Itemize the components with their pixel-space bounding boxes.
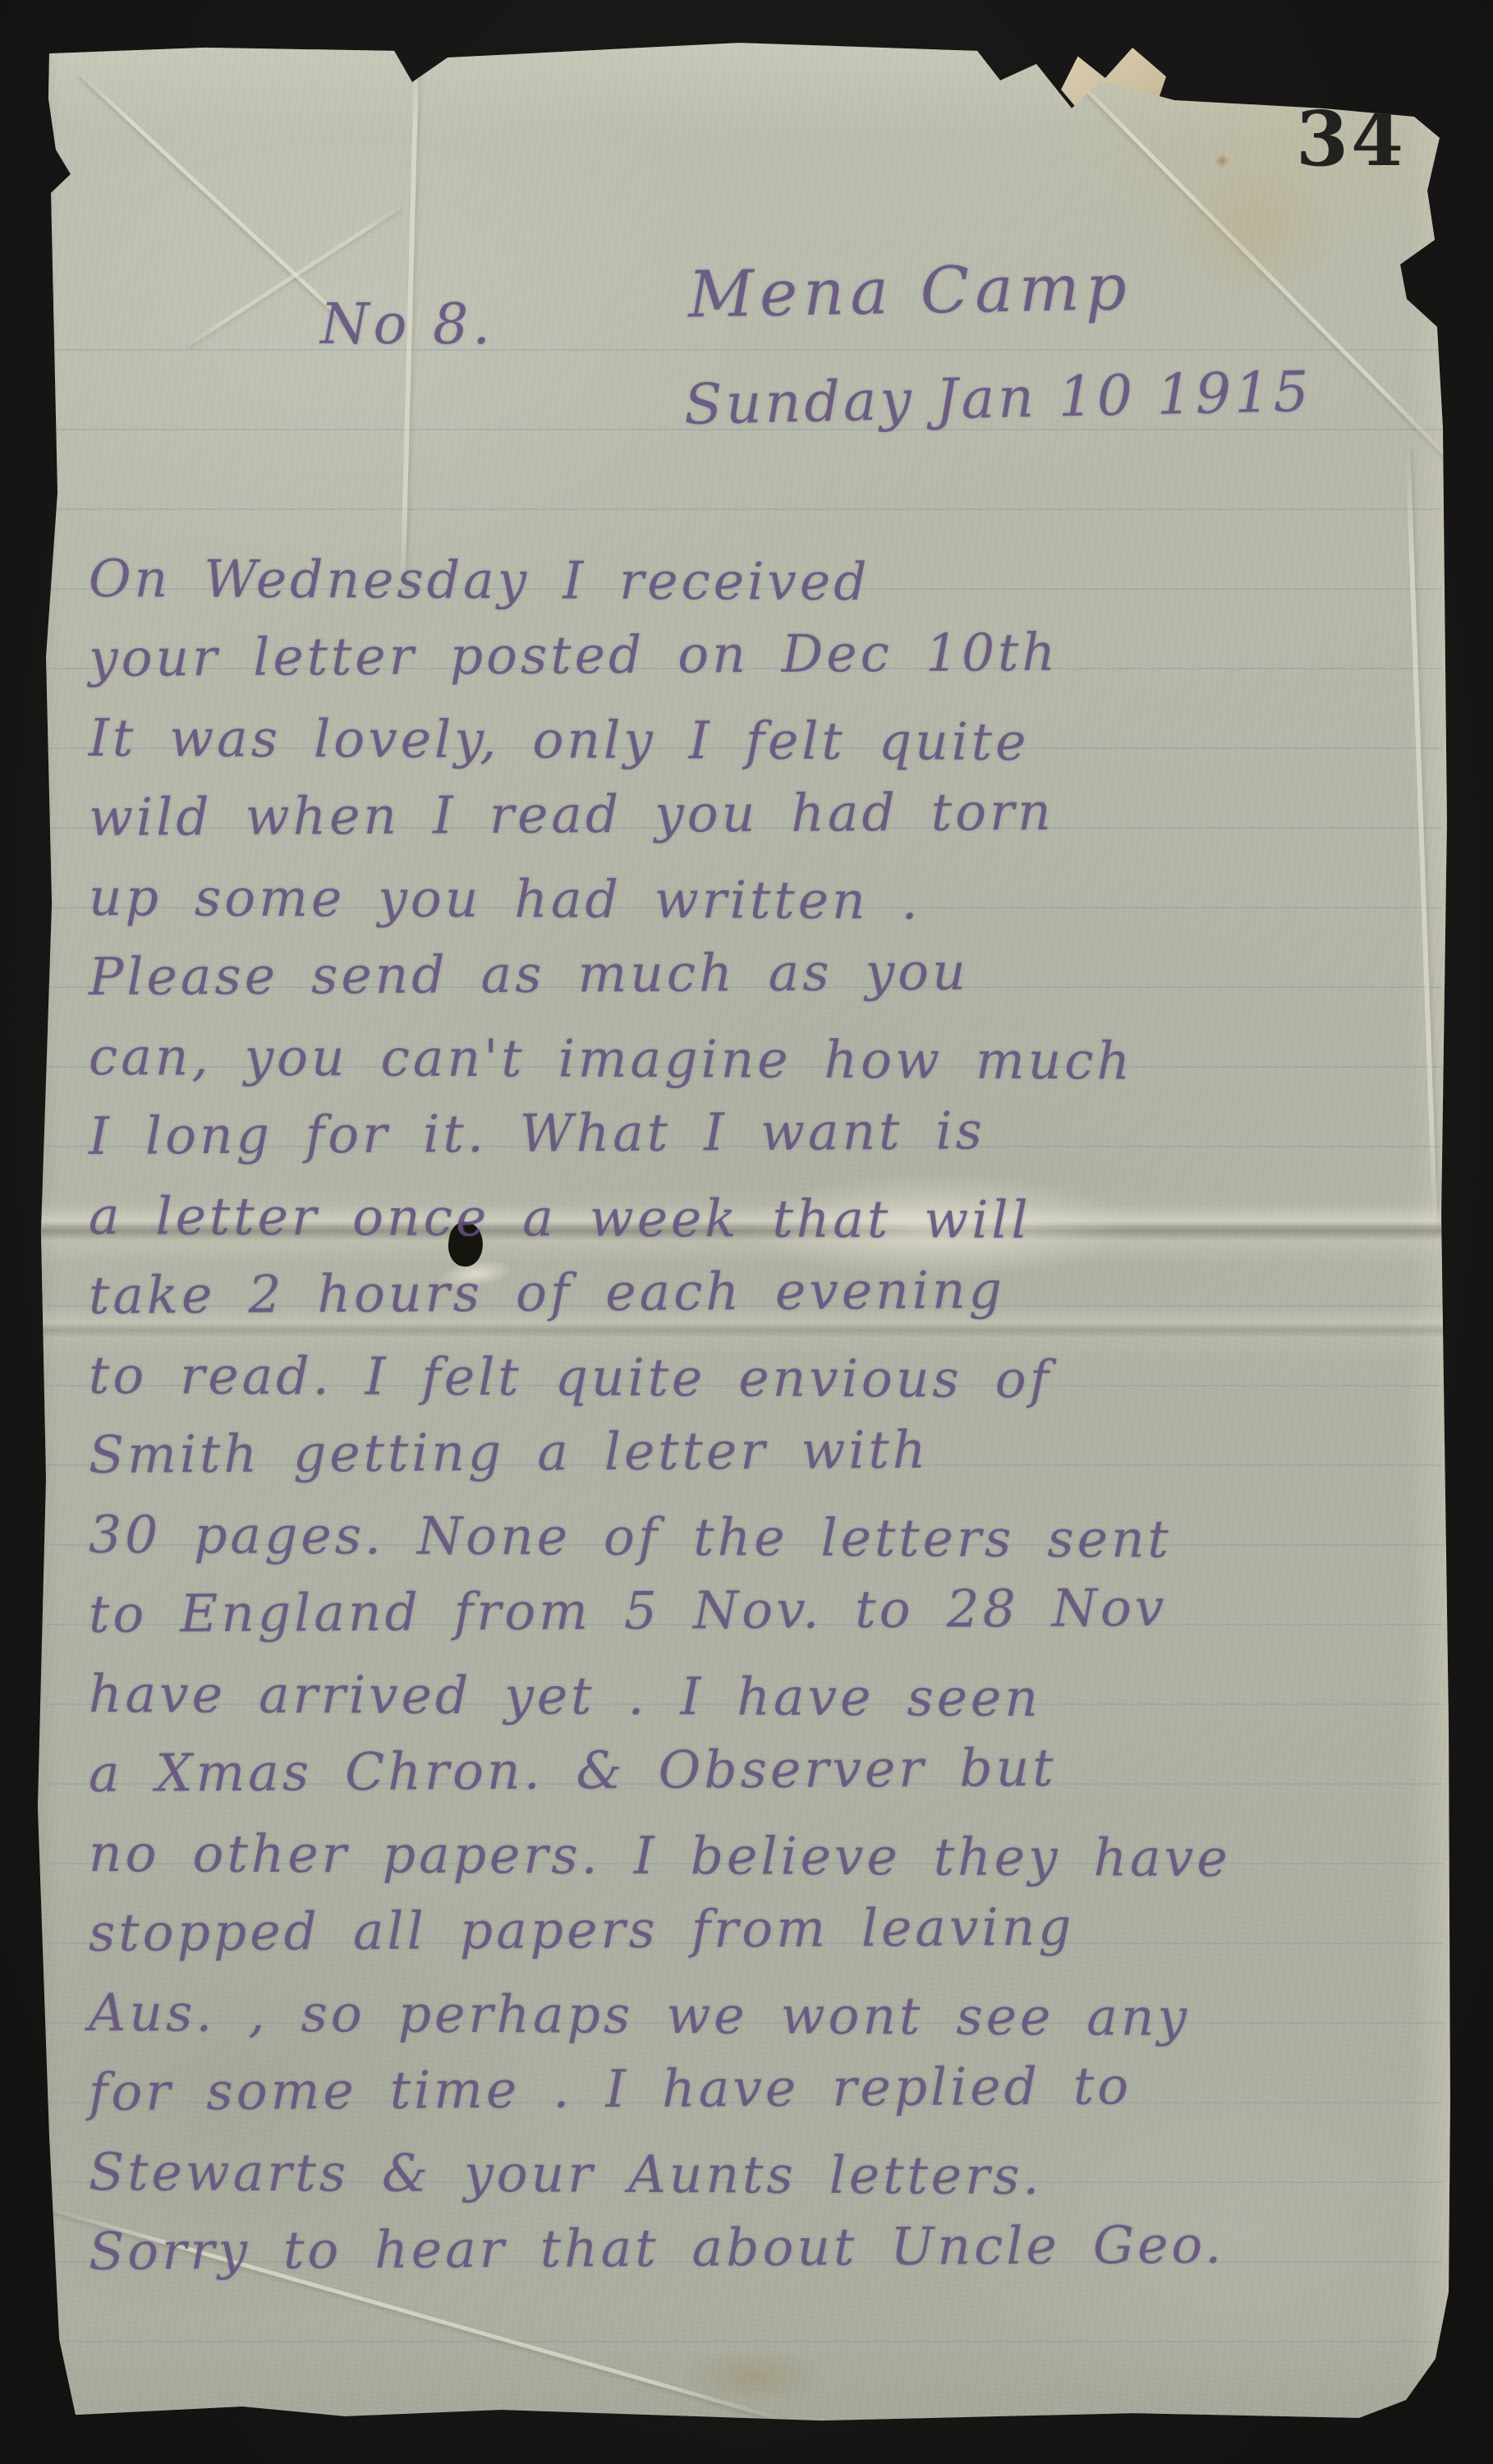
stain-rust-speck [1215, 154, 1229, 168]
handwriting-line: take 2 hours of each evening [89, 1248, 1445, 1335]
handwriting-line: stopped all papers from leaving [89, 1885, 1445, 1973]
letter-paper: 34 No 8. Mena Camp Sunday Jan 10 1915 On… [31, 39, 1452, 2423]
handwriting-line: for some time . I have replied to [89, 2044, 1445, 2132]
letter-body: On Wednesday I receivedyour letter poste… [89, 539, 1444, 2292]
page-number: 34 [1296, 101, 1406, 177]
handwriting-line: Please send as much as you [89, 929, 1445, 1017]
handwriting-line: to England from 5 Nov. to 28 Nov [89, 1566, 1445, 1654]
letter-place: Mena Camp [687, 251, 1132, 332]
scan-background: 34 No 8. Mena Camp Sunday Jan 10 1915 On… [0, 0, 1493, 2464]
stain-bottom [680, 2347, 828, 2405]
handwriting-line: Smith getting a letter with [89, 1407, 1445, 1495]
handwriting-line: a Xmas Chron. & Observer but [89, 1726, 1445, 1814]
letter-number: No 8. [320, 292, 494, 357]
handwriting-line: your letter posted on Dec 10th [89, 610, 1445, 698]
handwriting-line: wild when I read you had torn [89, 770, 1445, 857]
letter-date: Sunday Jan 10 1915 [683, 360, 1312, 438]
handwriting-line: I long for it. What I want is [89, 1088, 1445, 1176]
handwriting-line: Sorry to hear that about Uncle Geo. [89, 2204, 1445, 2292]
